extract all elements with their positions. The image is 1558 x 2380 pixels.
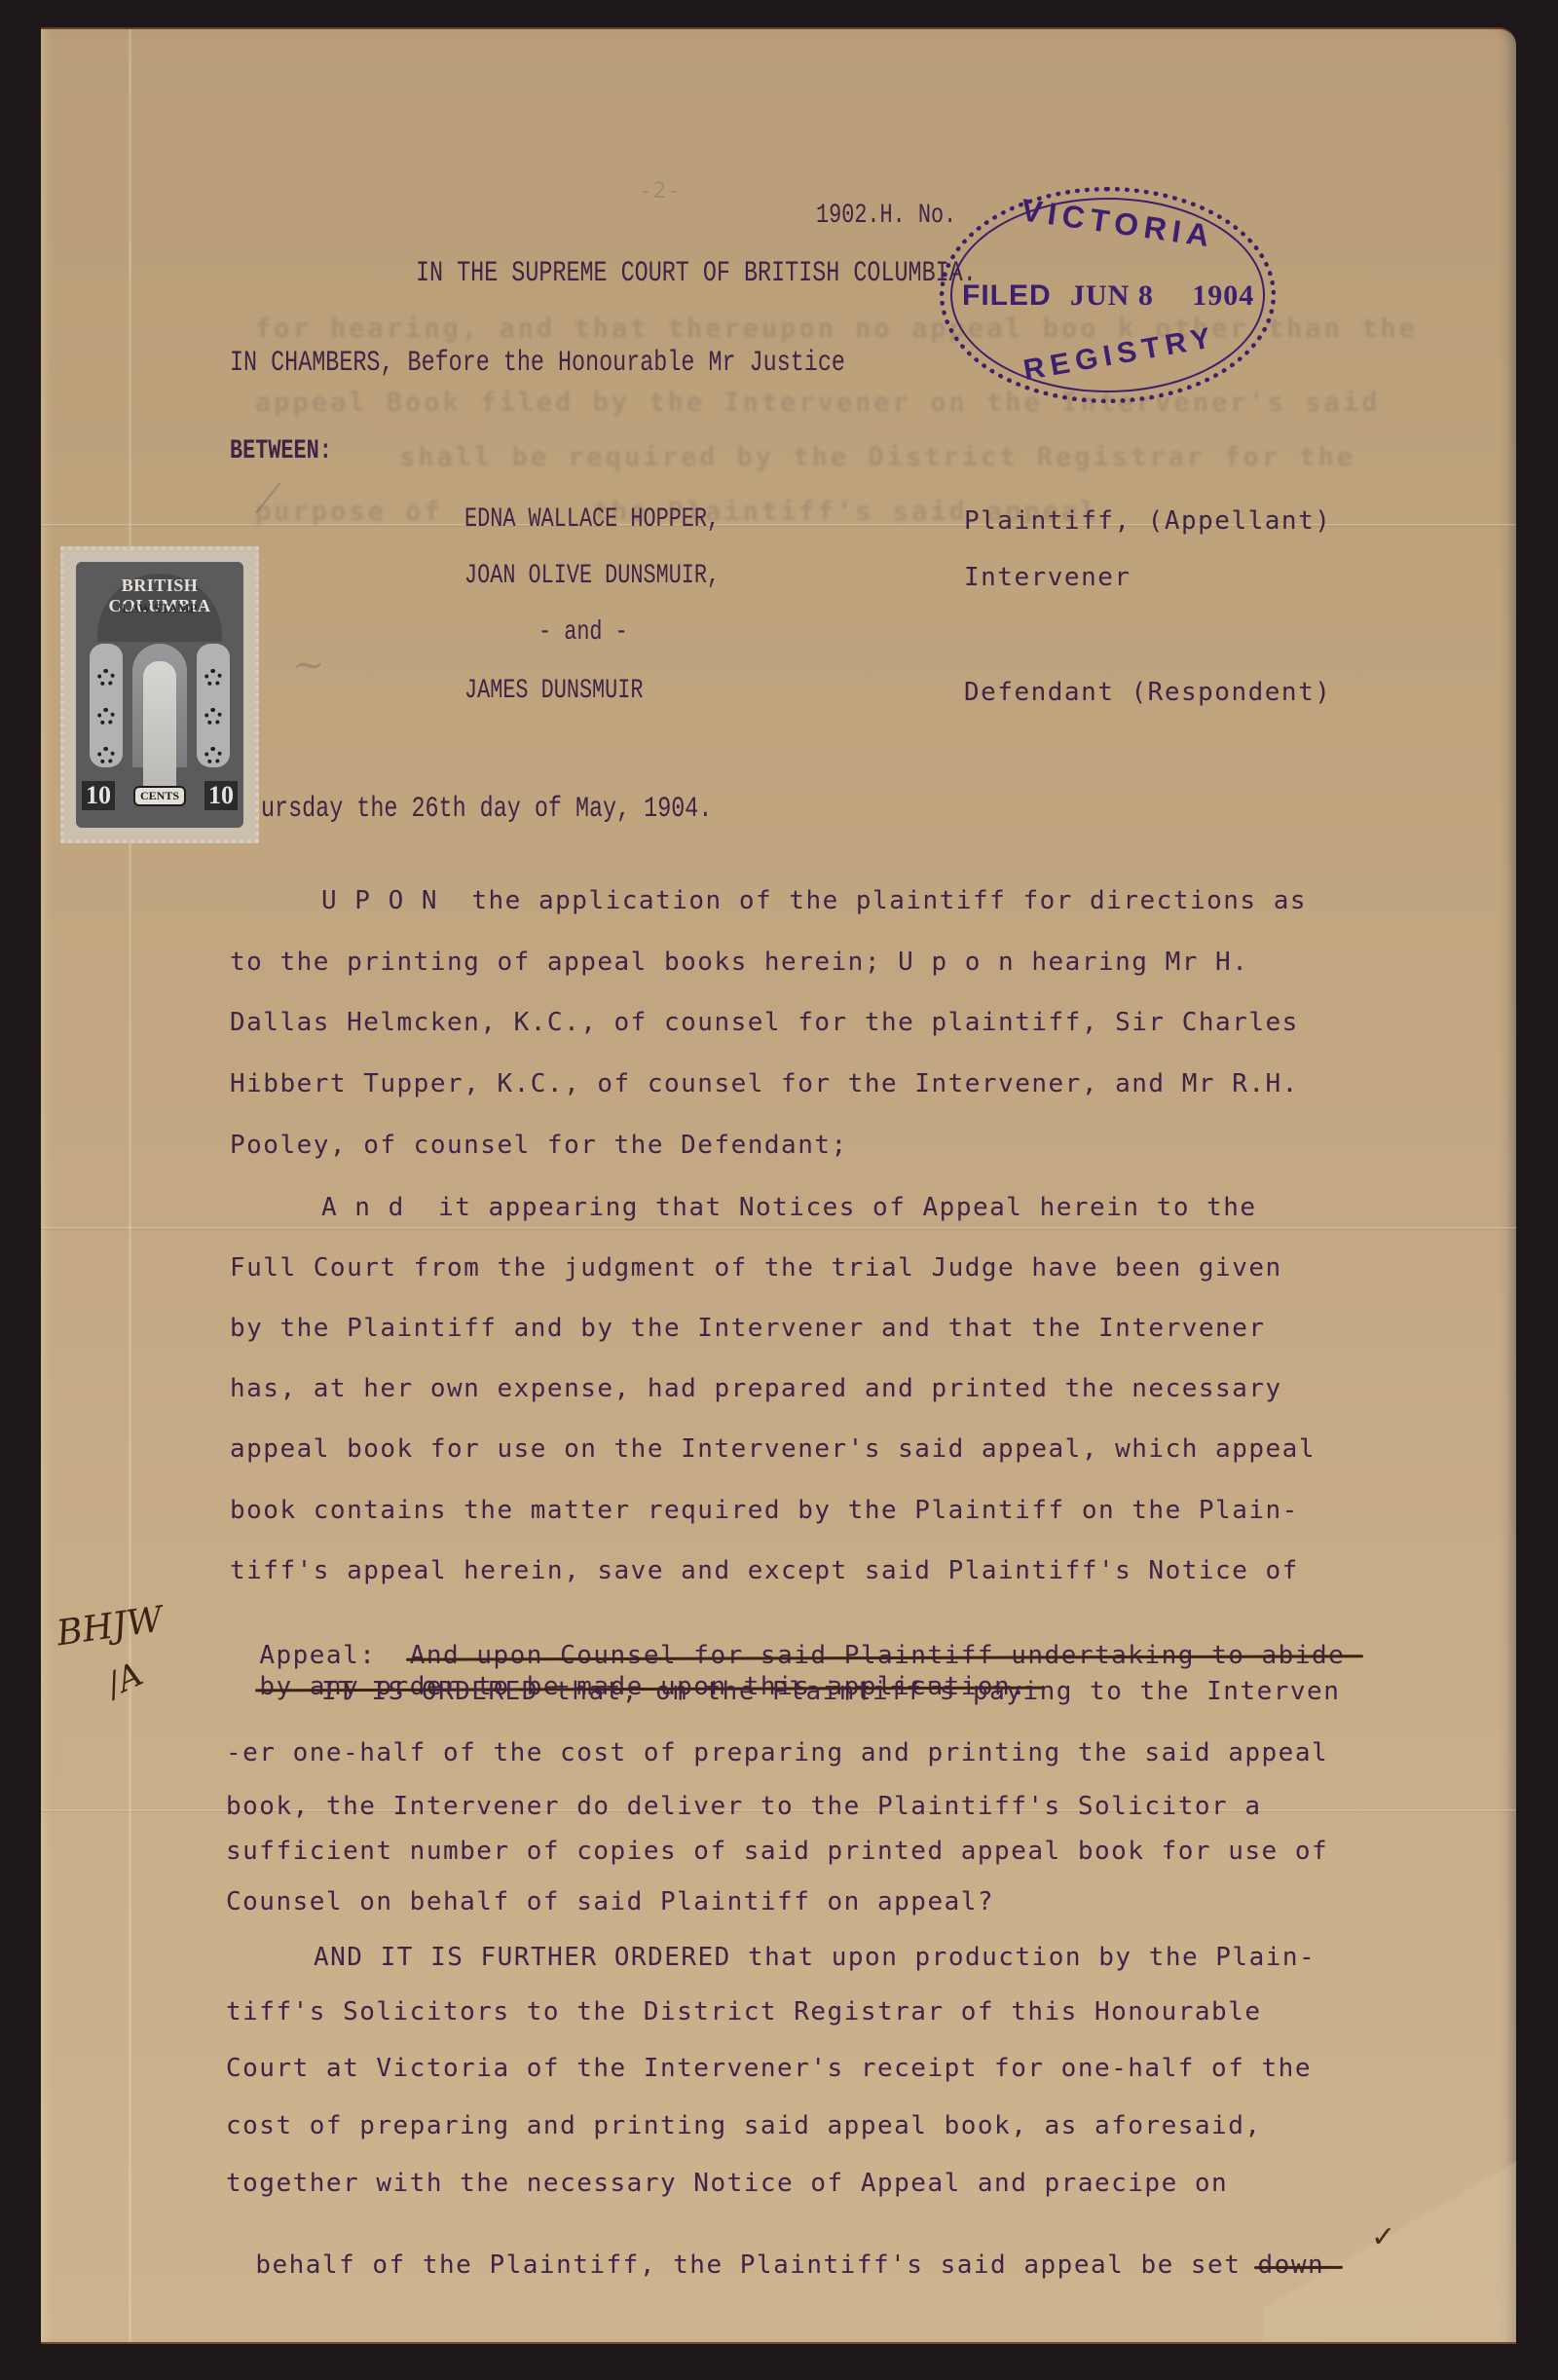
party-name: EDNA WALLACE HOPPER, <box>464 506 720 534</box>
body-line: Counsel on behalf of said Plaintiff on a… <box>226 1889 994 1915</box>
party-name: JAMES DUNSMUIR <box>464 678 643 705</box>
court-title: IN THE SUPREME COURT OF BRITISH COLUMBIA… <box>416 259 977 288</box>
stamp-date: JUN 8 <box>1070 279 1154 312</box>
party-name: JOAN OLIVE DUNSMUIR, <box>464 563 720 590</box>
body-line: AND IT IS FURTHER ORDERED that upon prod… <box>314 1945 1316 1970</box>
stamp-niche <box>132 644 187 767</box>
law-stamp: BRITISH COLUMBIA LAW STAMP 10 CENTS 10 <box>60 546 259 843</box>
rosette-icon <box>97 669 115 687</box>
last-line-text: behalf of the Plaintiff, the Plaintiff's… <box>255 2250 1241 2280</box>
body-line: cost of preparing and printing said appe… <box>226 2113 1262 2138</box>
check-mark-icon: ✓ <box>1371 2220 1395 2254</box>
body-line: has, at her own expense, had prepared an… <box>230 1376 1282 1401</box>
rosette-icon <box>204 669 222 687</box>
chambers-line: IN CHAMBERS, Before the Honourable Mr Ju… <box>230 349 845 378</box>
stamp-label: LAW STAMP <box>76 601 243 616</box>
body-line: Hibbert Tupper, K.C., of counsel for the… <box>230 1071 1299 1097</box>
stamp-filed-date: FILED JUN 8 1904 <box>962 279 1254 313</box>
stamp-frame: BRITISH COLUMBIA LAW STAMP 10 CENTS 10 <box>76 562 243 828</box>
body-line: tiff's appeal herein, save and except sa… <box>230 1558 1299 1583</box>
file-number: 1902.H. No. <box>816 203 956 230</box>
stamp-filed-label: FILED <box>962 279 1052 312</box>
party-role: Intervener <box>964 565 1131 590</box>
body-line: Dallas Helmcken, K.C., of counsel for th… <box>230 1010 1299 1035</box>
stamp-value-right: 10 <box>204 781 238 810</box>
party-conjunction: - and - <box>538 619 628 647</box>
stamp-cents: CENTS <box>133 786 186 806</box>
rosette-icon <box>204 708 222 725</box>
rosette-icon <box>97 708 115 725</box>
fold-crease <box>41 1227 1516 1230</box>
between-label: BETWEEN: <box>230 438 332 465</box>
body-line: appeal book for use on the Intervener's … <box>230 1436 1316 1462</box>
pencil-mark: ~ <box>292 643 325 688</box>
body-line: behalf of the Plaintiff, the Plaintiff's… <box>222 2227 1324 2278</box>
registry-filed-stamp: VICTORIA FILED JUN 8 1904 REGISTRY <box>940 187 1276 403</box>
body-line: to the printing of appeal books herein; … <box>230 949 1248 975</box>
body-line: sufficient number of copies of said prin… <box>226 1839 1328 1864</box>
justice-figure-icon <box>143 661 176 798</box>
body-line: A n d it appearing that Notices of Appea… <box>321 1195 1257 1220</box>
body-line: Full Court from the judgment of the tria… <box>230 1255 1282 1281</box>
rosette-icon <box>204 747 222 764</box>
pencil-mark: ⁄ <box>265 477 272 522</box>
struck-text: down <box>1258 2250 1325 2280</box>
body-line: U P O N the application of the plaintiff… <box>321 888 1307 913</box>
vertical-crease <box>129 29 131 2342</box>
show-through-line: appeal Book filed by the Intervener on t… <box>255 388 1380 418</box>
body-line: -er one-half of the cost of preparing an… <box>226 1740 1328 1766</box>
stamp-value-left: 10 <box>82 781 115 810</box>
body-line: together with the necessary Notice of Ap… <box>226 2171 1228 2196</box>
party-role: Plaintiff, (Appellant) <box>964 508 1331 534</box>
stamp-year: 1904 <box>1192 279 1254 312</box>
body-line: book contains the matter required by the… <box>230 1498 1299 1523</box>
body-line: Court at Victoria of the Intervener's re… <box>226 2056 1312 2081</box>
rosette-icon <box>97 747 115 764</box>
body-line: book, the Intervener do deliver to the P… <box>226 1794 1262 1819</box>
body-line: tiff's Solicitors to the District Regist… <box>226 1999 1262 2025</box>
body-line: Pooley, of counsel for the Defendant; <box>230 1133 848 1158</box>
page-number: -2- <box>639 181 682 203</box>
party-role: Defendant (Respondent) <box>964 680 1331 705</box>
date-line: ursday the 26th day of May, 1904. <box>261 795 712 824</box>
body-line: IT IS ORDERED that, on the Plaintiff's p… <box>321 1679 1340 1704</box>
body-line: by the Plaintiff and by the Intervener a… <box>230 1316 1266 1341</box>
show-through-line: shall be required by the District Regist… <box>399 442 1355 472</box>
